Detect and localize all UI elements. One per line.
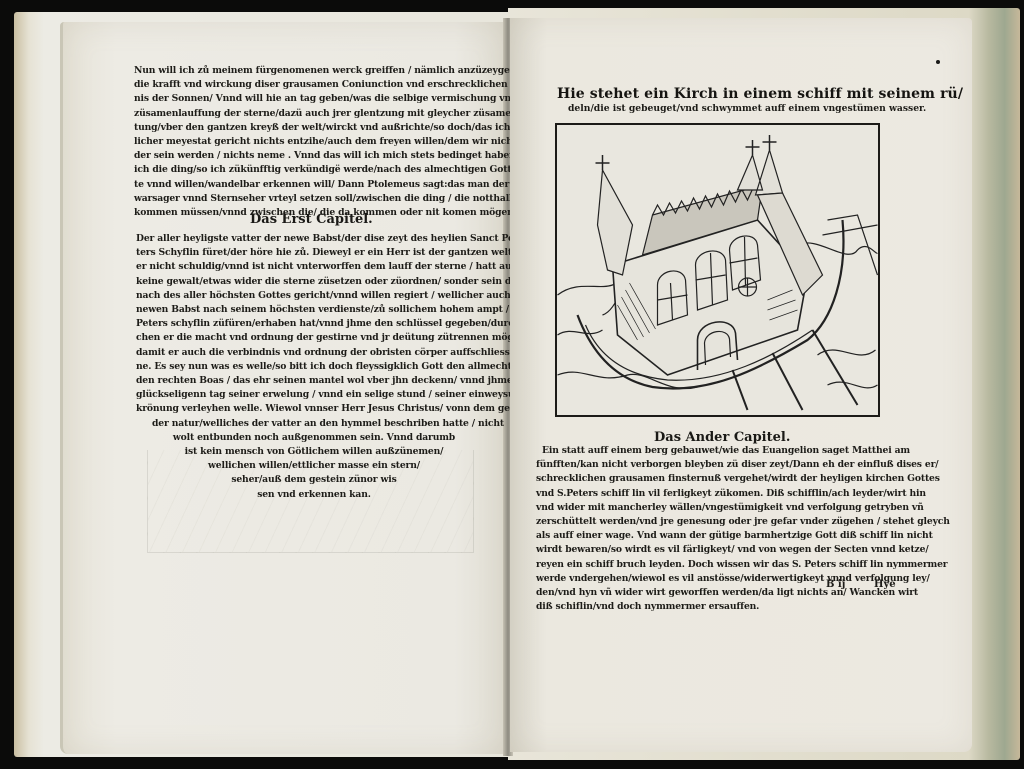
text-line: damit er auch die verbindnis vnd ordnung… [136, 346, 492, 360]
left-intro-paragraph: Nun will ich zů meinem fürgenomenen werc… [134, 64, 492, 220]
text-line: warsager vnnd Sternseher vrteyl setzen s… [134, 192, 492, 206]
text-line: Ein statt auff einem berg gebauwet/wie d… [536, 444, 896, 458]
text-line: vnd wider mit mancherley wällen/vngestüm… [536, 501, 896, 515]
text-line: ters Schyflin füret/der höre hie zů. Die… [136, 246, 492, 260]
text-line: ich die ding/so ich zükünfftig verkündig… [134, 163, 492, 177]
text-line: nach des aller höchsten Gottes gericht/v… [136, 289, 492, 303]
text-line: als auff einer wage. Vnd wann der gütige… [536, 529, 896, 543]
text-line: fünfften/kan nicht verborgen bleyben zü … [536, 458, 896, 472]
chapter-2-heading: Das Ander Capitel. [654, 430, 790, 445]
text-line: Peters schyflin züfüren/erhaben hat/vnnd… [136, 317, 492, 331]
catchword: Hye [874, 579, 896, 590]
text-line: wirdt bewaren/so wirdt es vil färligkeyt… [536, 543, 896, 557]
reverse-woodcut-showthrough [147, 450, 474, 553]
woodcut-caption-subtitle: deln/die ist gebeuget/vnd schwymmet auff… [568, 103, 926, 114]
text-line: diß schiflin/vnd doch nymmermer ersauffe… [536, 600, 896, 614]
text-line: reyen ein schiff bruch leyden. Doch wiss… [536, 558, 896, 572]
text-line: tung/vber den gantzen kreyß der welt/wir… [134, 121, 492, 135]
text-line: newen Babst nach seinem höchsten verdien… [136, 303, 492, 317]
text-line: züsamenlauffung der sterne/dazü auch jre… [134, 107, 492, 121]
text-line: schrecklichen grausamen finsternuß verge… [536, 472, 896, 486]
text-line: licher meyestat gericht nichts entzihe/a… [134, 135, 492, 149]
text-line: die krafft vnd wirckung diser grausamen … [134, 78, 492, 92]
church-ship-woodcut-icon [557, 125, 878, 415]
text-line: zerschüttelt werden/vnd jre genesung ode… [536, 515, 896, 529]
ink-speck [936, 60, 940, 64]
text-line: keine gewalt/etwas wider die sterne züse… [136, 275, 492, 289]
text-line: krönung verleyhen welle. Wiewol vnnser H… [136, 402, 492, 416]
text-line: wolt entbunden noch außgenommen sein. Vn… [136, 431, 492, 445]
text-line: nis der Sonnen/ Vnnd will hie an tag geb… [134, 92, 492, 106]
text-line: der sein werden / nichts neme . Vnnd das… [134, 149, 492, 163]
text-line: der natur/welliches der vatter an den hy… [136, 417, 492, 431]
woodcut-caption-title: Hie stehet ein Kirch in einem schiff mit… [557, 86, 963, 102]
text-line: ne. Es sey nun was es welle/so bitt ich … [136, 360, 492, 374]
text-line: den rechten Boas / das ehr seinen mantel… [136, 374, 492, 388]
text-line: vnd S.Peters schiff lin vil ferligkeyt z… [536, 487, 896, 501]
text-line: chen er die macht vnd ordnung der gestir… [136, 331, 492, 345]
text-line: te vnnd willen/wandelbar erkennen will/ … [134, 178, 492, 192]
text-line: glückseligenn tag seiner erwelung / vnnd… [136, 388, 492, 402]
text-line: er nicht schuldig/vnnd ist nicht vnterwo… [136, 260, 492, 274]
signature-mark: B ij [826, 579, 845, 590]
woodcut-illustration [555, 123, 880, 417]
text-line: Der aller heyligste vatter der newe Babs… [136, 232, 492, 246]
chapter-1-heading: Das Erst Capitel. [250, 212, 373, 227]
text-line: Nun will ich zů meinem fürgenomenen werc… [134, 64, 492, 78]
